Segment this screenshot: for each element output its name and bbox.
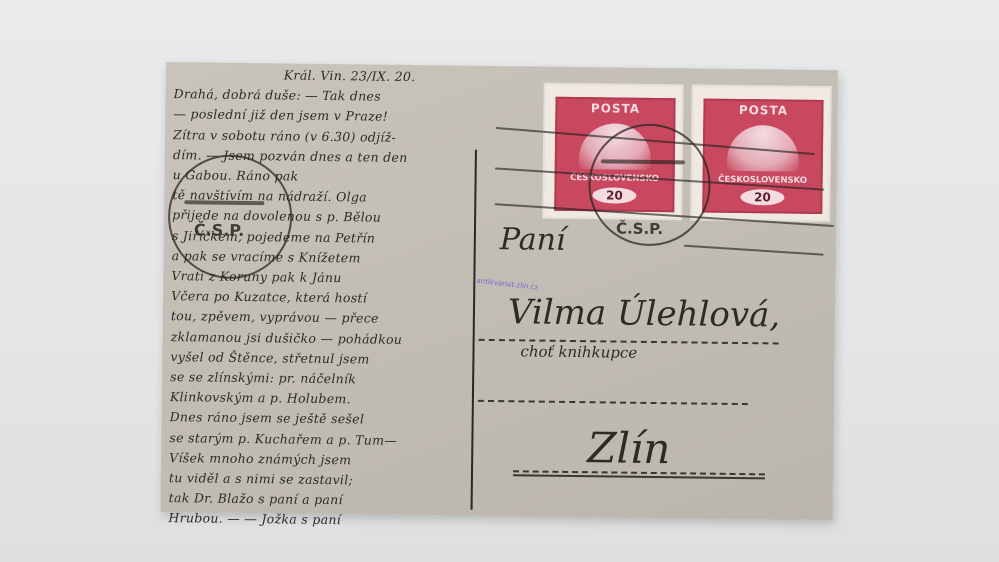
watermark: antikvariat-zlin.cz xyxy=(476,277,539,292)
address-name: Vilma Úlehlová, xyxy=(508,292,781,335)
stamp-label: POSTA xyxy=(705,103,821,118)
postmark-left-text: Č.S.P. xyxy=(194,220,245,240)
stamp-value: 20 xyxy=(740,189,784,206)
address-line xyxy=(478,400,748,405)
address-title: choť knihkupce xyxy=(520,342,637,361)
message-line: Hrubou. — — Jožka s paní xyxy=(168,509,468,533)
postmark-right-text: Č.S.P. xyxy=(616,220,663,239)
postcard: Král. Vin. 23/IX. 20. Drahá, dobrá duše:… xyxy=(161,62,838,520)
address-underline xyxy=(513,474,765,479)
address-salutation: Paní xyxy=(500,222,566,258)
address-city: Zlín xyxy=(587,423,671,473)
handwritten-message: Král. Vin. 23/IX. 20. Drahá, dobrá duše:… xyxy=(169,64,474,508)
stamp-label: POSTA xyxy=(557,101,673,116)
cancellation-line xyxy=(684,245,824,256)
